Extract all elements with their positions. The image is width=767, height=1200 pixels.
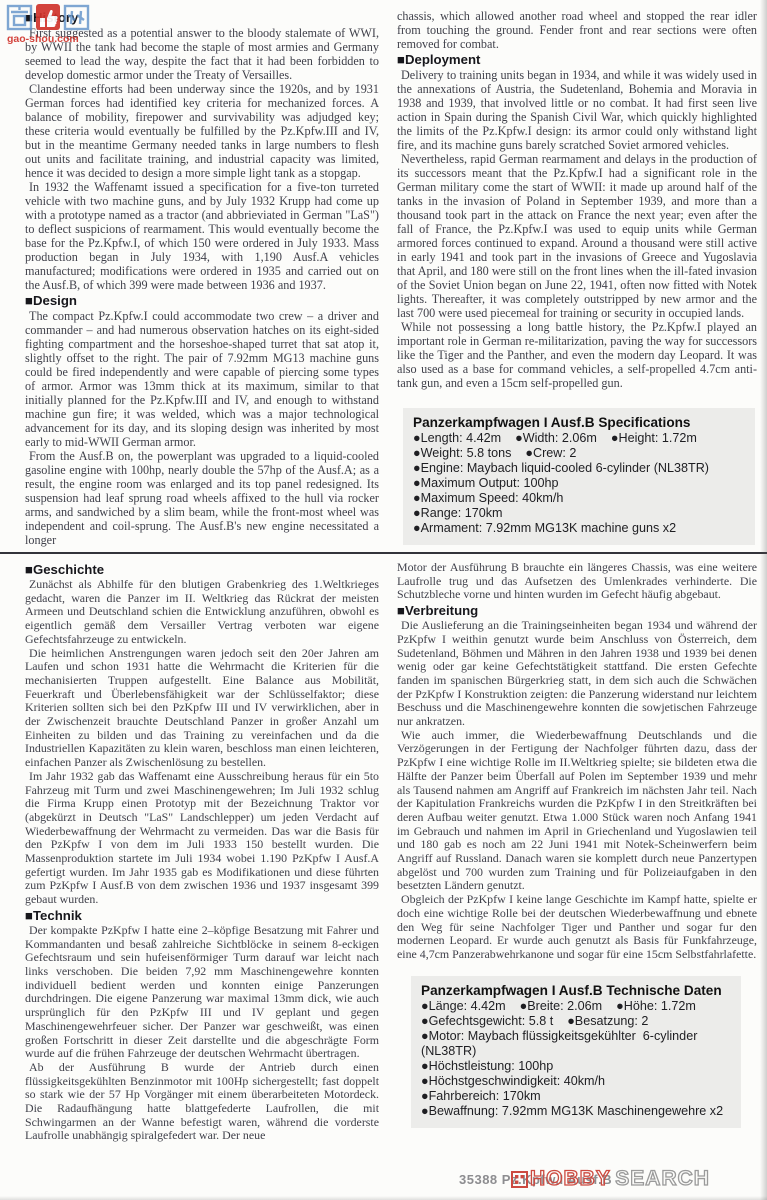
section-heading: ■Design [25,293,379,308]
spec-line: ●Höchstleistung: 100hp [421,1059,731,1074]
paragraph: Die heimlichen Anstrengungen waren jedoc… [25,647,379,770]
paragraph: Der kompakte PzKpfw I hatte eine 2–köpfi… [25,924,379,1061]
english-section: ■HistoryFirst suggested as a potential a… [0,9,767,547]
watermark-word-hobby: HOBBY [530,1167,611,1190]
gao-shou-watermark: gao-shou.com [5,2,117,51]
page-edge-shadow-right [760,0,767,1200]
thumb-up-icon [36,4,60,30]
footer: 35388 Pz.Kpfw.I Ausf.B HOBBY SEARCH [459,1169,759,1191]
english-right-column: chassis, which allowed another road whee… [397,9,757,547]
section-heading: ■Verbreitung [397,603,757,618]
spec-line: ●Höchstgeschwindigkeit: 40km/h [421,1074,731,1089]
spec-line: ●Maximum Output: 100hp [413,476,745,491]
item-number: 35388 [459,1172,498,1187]
paragraph: Clandestine efforts had been underway si… [25,82,379,180]
instruction-manual-page: gao-shou.com ■HistoryFirst suggested as … [0,0,767,1200]
paragraph: Zunächst als Abhilfe für den blutigen Gr… [25,578,379,647]
paragraph: In 1932 the Waffenamt issued a specifica… [25,180,379,292]
english-left-column: ■HistoryFirst suggested as a potential a… [25,9,379,547]
paragraph: Die Auslieferung an die Trainingseinheit… [397,619,757,729]
spec-line: ●Engine: Maybach liquid-cooled 6-cylinde… [413,461,745,476]
watermark-word-search: SEARCH [615,1167,710,1190]
paragraph: From the Ausf.B on, the powerplant was u… [25,449,379,547]
spec-line: ●Motor: Maybach flüssigkeitsgekühlter 6-… [421,1029,731,1059]
section-heading: ■Geschichte [25,562,379,577]
german-left-column: ■GeschichteZunächst als Abhilfe für den … [25,561,379,1143]
paragraph: Obgleich der PzKpfw I keine lange Geschi… [397,893,757,962]
paragraph: While not possessing a long battle histo… [397,320,757,390]
watermark-site-text: gao-shou.com [7,33,79,45]
spec-line: ●Fahrbereich: 170km [421,1089,731,1104]
spec-line: ●Länge: 4.42m ●Breite: 2.06m ●Höhe: 1.72… [421,999,731,1014]
german-right-text: Motor der Ausführung B brauchte ein läng… [397,561,757,962]
spec-line: ●Maximum Speed: 40km/h [413,491,745,506]
paragraph: Wie auch immer, die Wiederbewaffnung Deu… [397,729,757,893]
paragraph: Ab der Ausführung B wurde der Antrieb du… [25,1061,379,1143]
spec-box-german-title: Panzerkampfwagen I Ausf.B Technische Dat… [421,983,731,999]
spec-box-german-lines: ●Länge: 4.42m ●Breite: 2.06m ●Höhe: 1.72… [421,999,731,1119]
hobby-search-watermark: HOBBY SEARCH [511,1167,710,1191]
spec-line: ●Range: 170km [413,506,745,521]
paragraph: Nevertheless, rapid German rearmament an… [397,152,757,320]
section-heading: ■Deployment [397,52,757,67]
spec-box-german: Panzerkampfwagen I Ausf.B Technische Dat… [411,976,741,1128]
paragraph: chassis, which allowed another road whee… [397,9,757,51]
spec-line: ●Armament: 7.92mm MG13K machine guns x2 [413,521,745,536]
german-right-column: Motor der Ausführung B brauchte ein läng… [397,561,757,1143]
german-section: ■GeschichteZunächst als Abhilfe für den … [0,561,767,1143]
section-divider [0,552,767,554]
section-heading: ■Technik [25,908,379,923]
spec-line: ●Bewaffnung: 7.92mm MG13K Maschinengeweh… [421,1104,731,1119]
paragraph: Im Jahr 1932 gab das Waffenamt eine Auss… [25,770,379,907]
page-content: ■HistoryFirst suggested as a potential a… [0,0,767,1143]
paragraph: Delivery to training units began in 1934… [397,68,757,152]
spec-box-english: Panzerkampfwagen I Ausf.B Specifications… [403,408,755,545]
spec-line: ●Gefechtsgewicht: 5.8 t ●Besatzung: 2 [421,1014,731,1029]
hobby-search-logo-icon [511,1171,528,1188]
spec-line: ●Length: 4.42m ●Width: 2.06m ●Height: 1.… [413,431,745,446]
english-right-text: chassis, which allowed another road whee… [397,9,757,390]
spec-line: ●Weight: 5.8 tons ●Crew: 2 [413,446,745,461]
paragraph: The compact Pz.Kpfw.I could accommodate … [25,309,379,449]
paragraph: Motor der Ausführung B brauchte ein läng… [397,561,757,602]
spec-box-english-title: Panzerkampfwagen I Ausf.B Specifications [413,415,745,431]
spec-box-english-lines: ●Length: 4.42m ●Width: 2.06m ●Height: 1.… [413,431,745,536]
gao-shou-logo-icon: gao-shou.com [5,2,117,46]
page-edge-shadow-bottom [0,1196,767,1200]
